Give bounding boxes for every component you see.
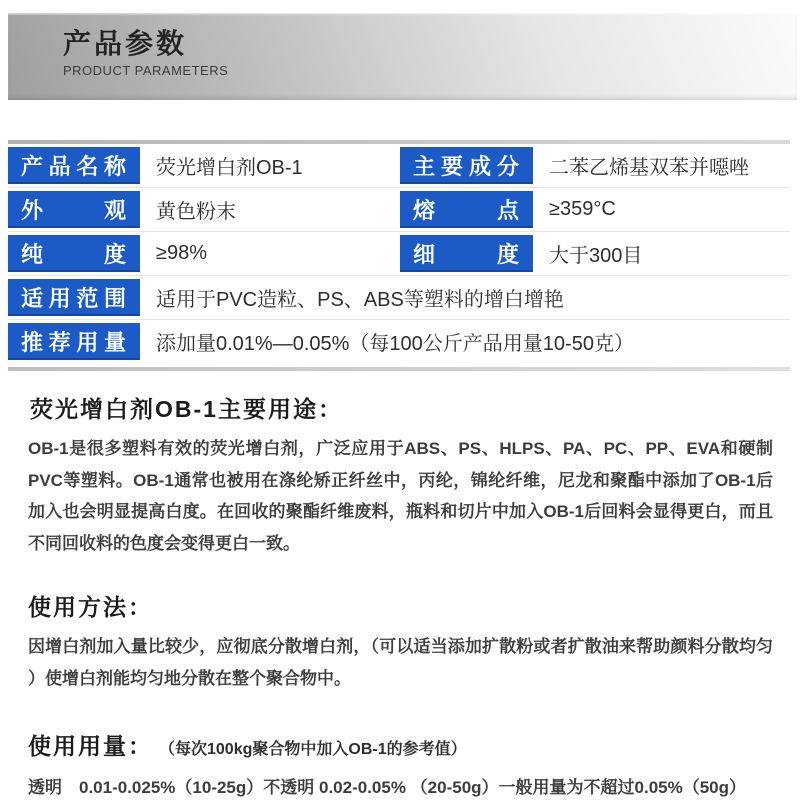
dosage-values-line: 透明 0.01-0.025%（10-25g）不透明 0.02-0.05% （20… <box>28 773 772 798</box>
param-value: ≥359°C <box>541 191 790 228</box>
section-dosage: 使用用量： （每次100kg聚合物中加入OB-1的参考值） 透明 0.01-0.… <box>28 728 772 798</box>
usage-paragraph: OB-1是很多塑料有效的荧光增白剂，广泛应用于ABS、PS、HLPS、PA、PC… <box>28 433 773 559</box>
section-usage-method: 使用方法： 因增白剂加入量比较少，应彻底分散增白剂，（可以适当添加扩散粉或者扩散… <box>28 589 772 694</box>
param-value: 添加量0.01%—0.05%（每100公斤产品用量10-50克） <box>148 323 790 360</box>
table-bottom-border <box>8 367 790 371</box>
page-subtitle: PRODUCT PARAMETERS <box>63 63 797 78</box>
param-label: 细度 <box>400 235 533 272</box>
parameters-table: 产品名称 荧光增白剂OB-1 主要成分 二苯乙烯基双苯并噁唑 外观 黄色粉末 熔… <box>8 140 790 371</box>
table-row: 外观 黄色粉末 熔点 ≥359°C <box>8 191 790 228</box>
param-value: 荧光增白剂OB-1 <box>148 147 392 184</box>
table-row: 适用范围 适用于PVC造粒、PS、ABS等塑料的增白增艳 <box>8 279 790 316</box>
param-label: 纯度 <box>8 235 140 272</box>
param-label: 产品名称 <box>8 147 140 184</box>
param-label: 适用范围 <box>8 279 140 316</box>
section-main-usage: 荧光增白剂OB-1主要用途： OB-1是很多塑料有效的荧光增白剂，广泛应用于AB… <box>28 391 772 559</box>
dosage-note: （每次100kg聚合物中加入OB-1的参考值） <box>159 736 467 759</box>
param-label: 主要成分 <box>400 147 533 184</box>
param-label: 熔点 <box>400 191 533 228</box>
param-value: 大于300目 <box>541 235 790 272</box>
method-paragraph: 因增白剂加入量比较少，应彻底分散增白剂，（可以适当添加扩散粉或者扩散油来帮助颜料… <box>28 631 773 694</box>
table-row: 推荐用量 添加量0.01%—0.05%（每100公斤产品用量10-50克） <box>8 323 790 360</box>
table-row: 纯度 ≥98% 细度 大于300目 <box>8 235 790 272</box>
param-value: 适用于PVC造粒、PS、ABS等塑料的增白增艳 <box>148 279 790 316</box>
param-label: 外观 <box>8 191 140 228</box>
method-section-title: 使用方法： <box>28 589 772 622</box>
page-title: 产品参数 <box>63 29 797 60</box>
param-value: ≥98% <box>148 235 392 272</box>
param-value: 黄色粉末 <box>148 191 392 228</box>
dosage-section-title: 使用用量： （每次100kg聚合物中加入OB-1的参考值） <box>28 728 772 761</box>
dosage-title-text: 使用用量： <box>28 728 153 761</box>
param-label: 推荐用量 <box>8 323 140 360</box>
header-banner: 产品参数 PRODUCT PARAMETERS <box>8 13 797 100</box>
table-row: 产品名称 荧光增白剂OB-1 主要成分 二苯乙烯基双苯并噁唑 <box>8 147 790 184</box>
usage-section-title: 荧光增白剂OB-1主要用途： <box>30 391 772 424</box>
param-value: 二苯乙烯基双苯并噁唑 <box>541 147 790 184</box>
table-top-border <box>8 140 790 144</box>
